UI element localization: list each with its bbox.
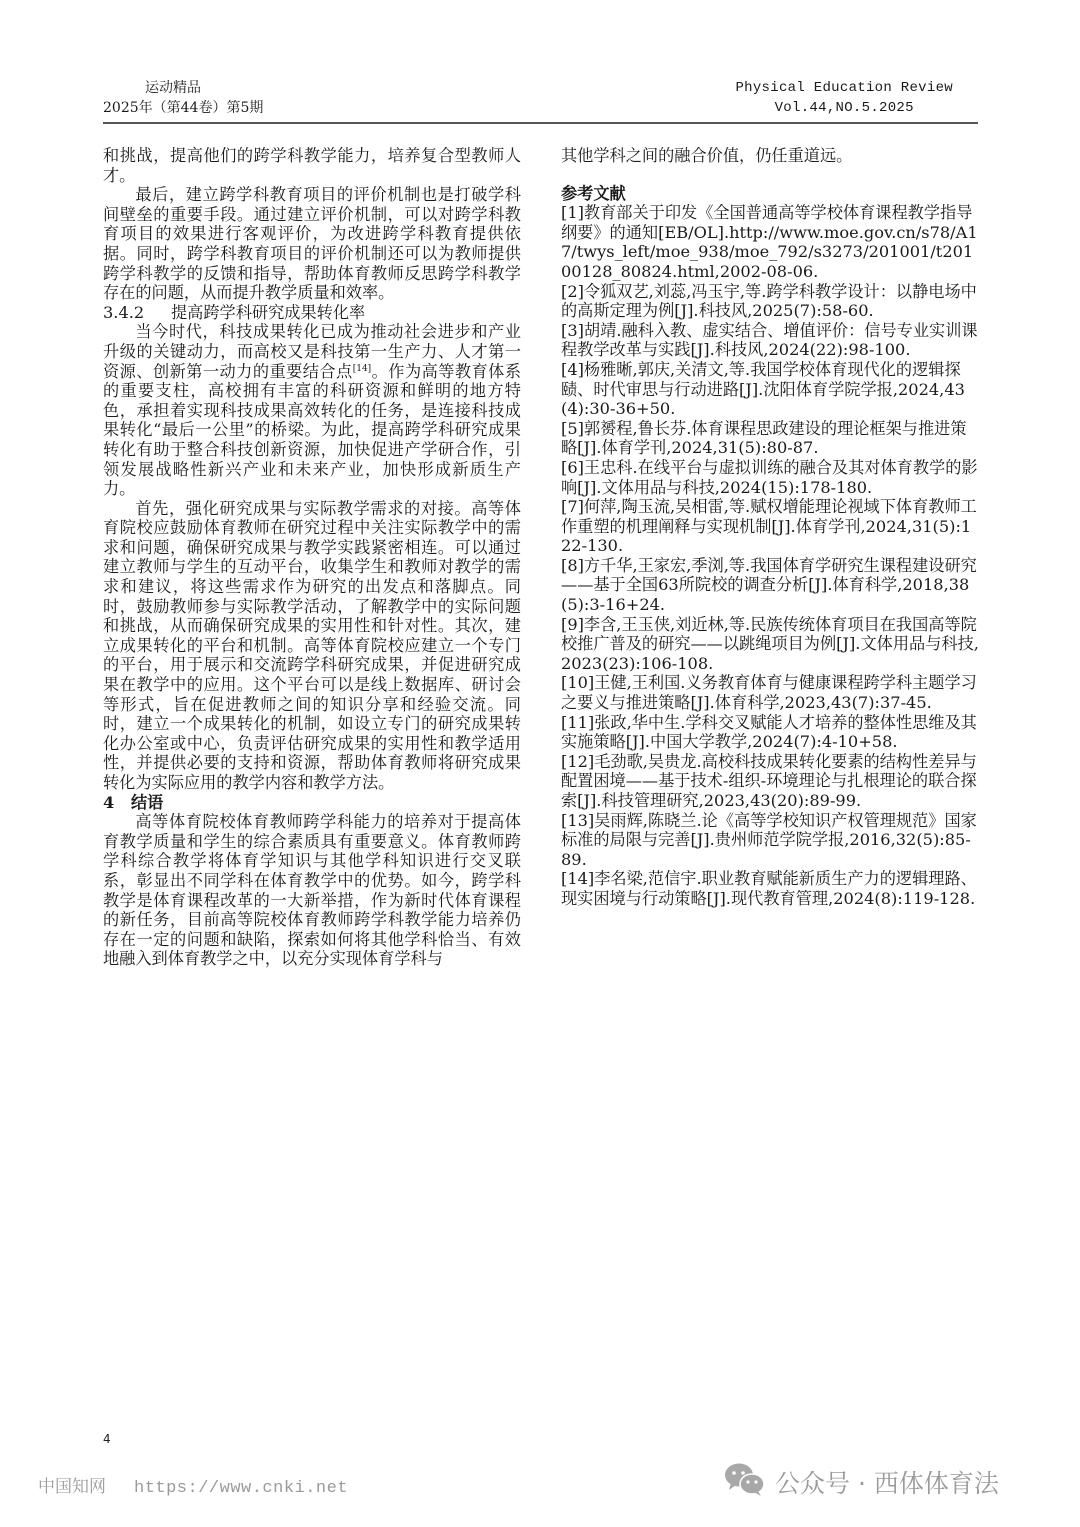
reference-item: [8]方千华,王家宏,季浏,等.我国体育学研究生课程建设研究——基于全国63所院… [561, 556, 979, 615]
reference-item: [7]何萍,陶玉流,吴相雷,等.赋权增能理论视域下体育教师工作重塑的机理阐释与实… [561, 497, 979, 556]
issue-info-cn: 2025年（第44卷）第5期 [103, 98, 263, 118]
reference-item: [14]李名梁,范信宇.职业教育赋能新质生产力的逻辑理路、现实困境与行动策略[J… [561, 869, 979, 908]
journal-name-cn: 运动精品 [103, 78, 263, 98]
paragraph: 和挑战，提高他们的跨学科教学能力，培养复合型教师人才。 [103, 146, 521, 185]
references-heading: 参考文献 [561, 184, 979, 204]
left-column: 和挑战，提高他们的跨学科教学能力，培养复合型教师人才。 最后，建立跨学科教育项目… [103, 146, 521, 969]
journal-name-en: Physical Education Review [735, 78, 953, 98]
paragraph: 最后，建立跨学科教育项目的评价机制也是打破学科间壁垒的重要手段。通过建立评价机制… [103, 185, 521, 303]
reference-item: [3]胡靖.融科入教、虚实结合、增值评价：信号专业实训课程教学改革与实践[J].… [561, 321, 979, 360]
paragraph: 高等体育院校体育教师跨学科能力的培养对于提高体育教学质量和学生的综合素质具有重要… [103, 812, 521, 969]
page-number: 4 [103, 1432, 111, 1446]
cnki-watermark: 中国知网https://www.cnki.net [38, 1472, 348, 1498]
running-header: 运动精品 2025年（第44卷）第5期 Physical Education R… [103, 78, 978, 124]
paragraph: 当今时代，科技成果转化已成为推动社会进步和产业升级的关键动力，而高校又是科技第一… [103, 322, 521, 498]
reference-item: [5]郭赟程,鲁长芬.体育课程思政建设的理论框架与推进策略[J].体育学刊,20… [561, 419, 979, 458]
reference-item: [10]王健,王利国.义务教育体育与健康课程跨学科主题学习之要义与推进策略[J]… [561, 673, 979, 712]
reference-item: [4]杨雅晰,郭庆,关清文,等.我国学校体育现代化的逻辑探赜、时代审思与行动进路… [561, 360, 979, 419]
paragraph: 其他学科之间的融合价值，仍任重道远。 [561, 146, 979, 166]
reference-item: [11]张政,华中生.学科交叉赋能人才培养的整体性思维及其实施策略[J].中国大… [561, 713, 979, 752]
reference-list: [1]教育部关于印发《全国普通高等学校体育课程教学指导纲要》的通知[EB/OL]… [561, 203, 979, 908]
cnki-url[interactable]: https://www.cnki.net [134, 1479, 348, 1498]
subsection-number: 3.4.2 [103, 303, 171, 323]
reference-item: [12]毛劲歌,吴贵龙.高校科技成果转化要素的结构性差异与配置困境——基于技术-… [561, 752, 979, 811]
cnki-name: 中国知网 [38, 1477, 106, 1497]
paragraph: 首先，强化研究成果与实际教学需求的对接。高等体育院校应鼓励体育教师在研究过程中关… [103, 499, 521, 793]
header-right: Physical Education Review Vol.44,NO.5.20… [735, 78, 953, 118]
reference-item: [1]教育部关于印发《全国普通高等学校体育课程教学指导纲要》的通知[EB/OL]… [561, 203, 979, 281]
subsection-heading: 3.4.2提高跨学科研究成果转化率 [103, 303, 521, 323]
subsection-title: 提高跨学科研究成果转化率 [171, 303, 365, 322]
wechat-account-label: 公众号 · 西体体育法 [775, 1464, 999, 1500]
reference-item: [6]王忠科.在线平台与虚拟训练的融合及其对体育教学的影响[J].文体用品与科技… [561, 458, 979, 497]
section-number: 4 [103, 793, 131, 813]
issue-info-en: Vol.44,NO.5.2025 [735, 98, 953, 118]
reference-item: [2]令狐双艺,刘蕊,冯玉宇,等.跨学科教学设计：以静电场中的高斯定理为例[J]… [561, 282, 979, 321]
section-title: 结语 [131, 793, 163, 812]
reference-item: [9]李含,王玉侠,刘近林,等.民族传统体育项目在我国高等院校推广普及的研究——… [561, 615, 979, 674]
section-heading: 4结语 [103, 793, 521, 813]
wechat-watermark: 公众号 · 西体体育法 [723, 1462, 999, 1502]
reference-item: [13]吴雨辉,陈晓兰.论《高等学校知识产权管理规范》国家标准的局限与完善[J]… [561, 811, 979, 870]
wechat-icon [723, 1461, 775, 1503]
paragraph-text: 。作为高等教育体系的重要支柱，高校拥有丰富的科研资源和鲜明的地方特色，承担着实现… [103, 362, 521, 499]
right-column: 其他学科之间的融合价值，仍任重道远。 参考文献 [1]教育部关于印发《全国普通高… [561, 146, 979, 909]
citation-link[interactable]: [14] [353, 364, 371, 374]
header-left: 运动精品 2025年（第44卷）第5期 [103, 78, 263, 118]
